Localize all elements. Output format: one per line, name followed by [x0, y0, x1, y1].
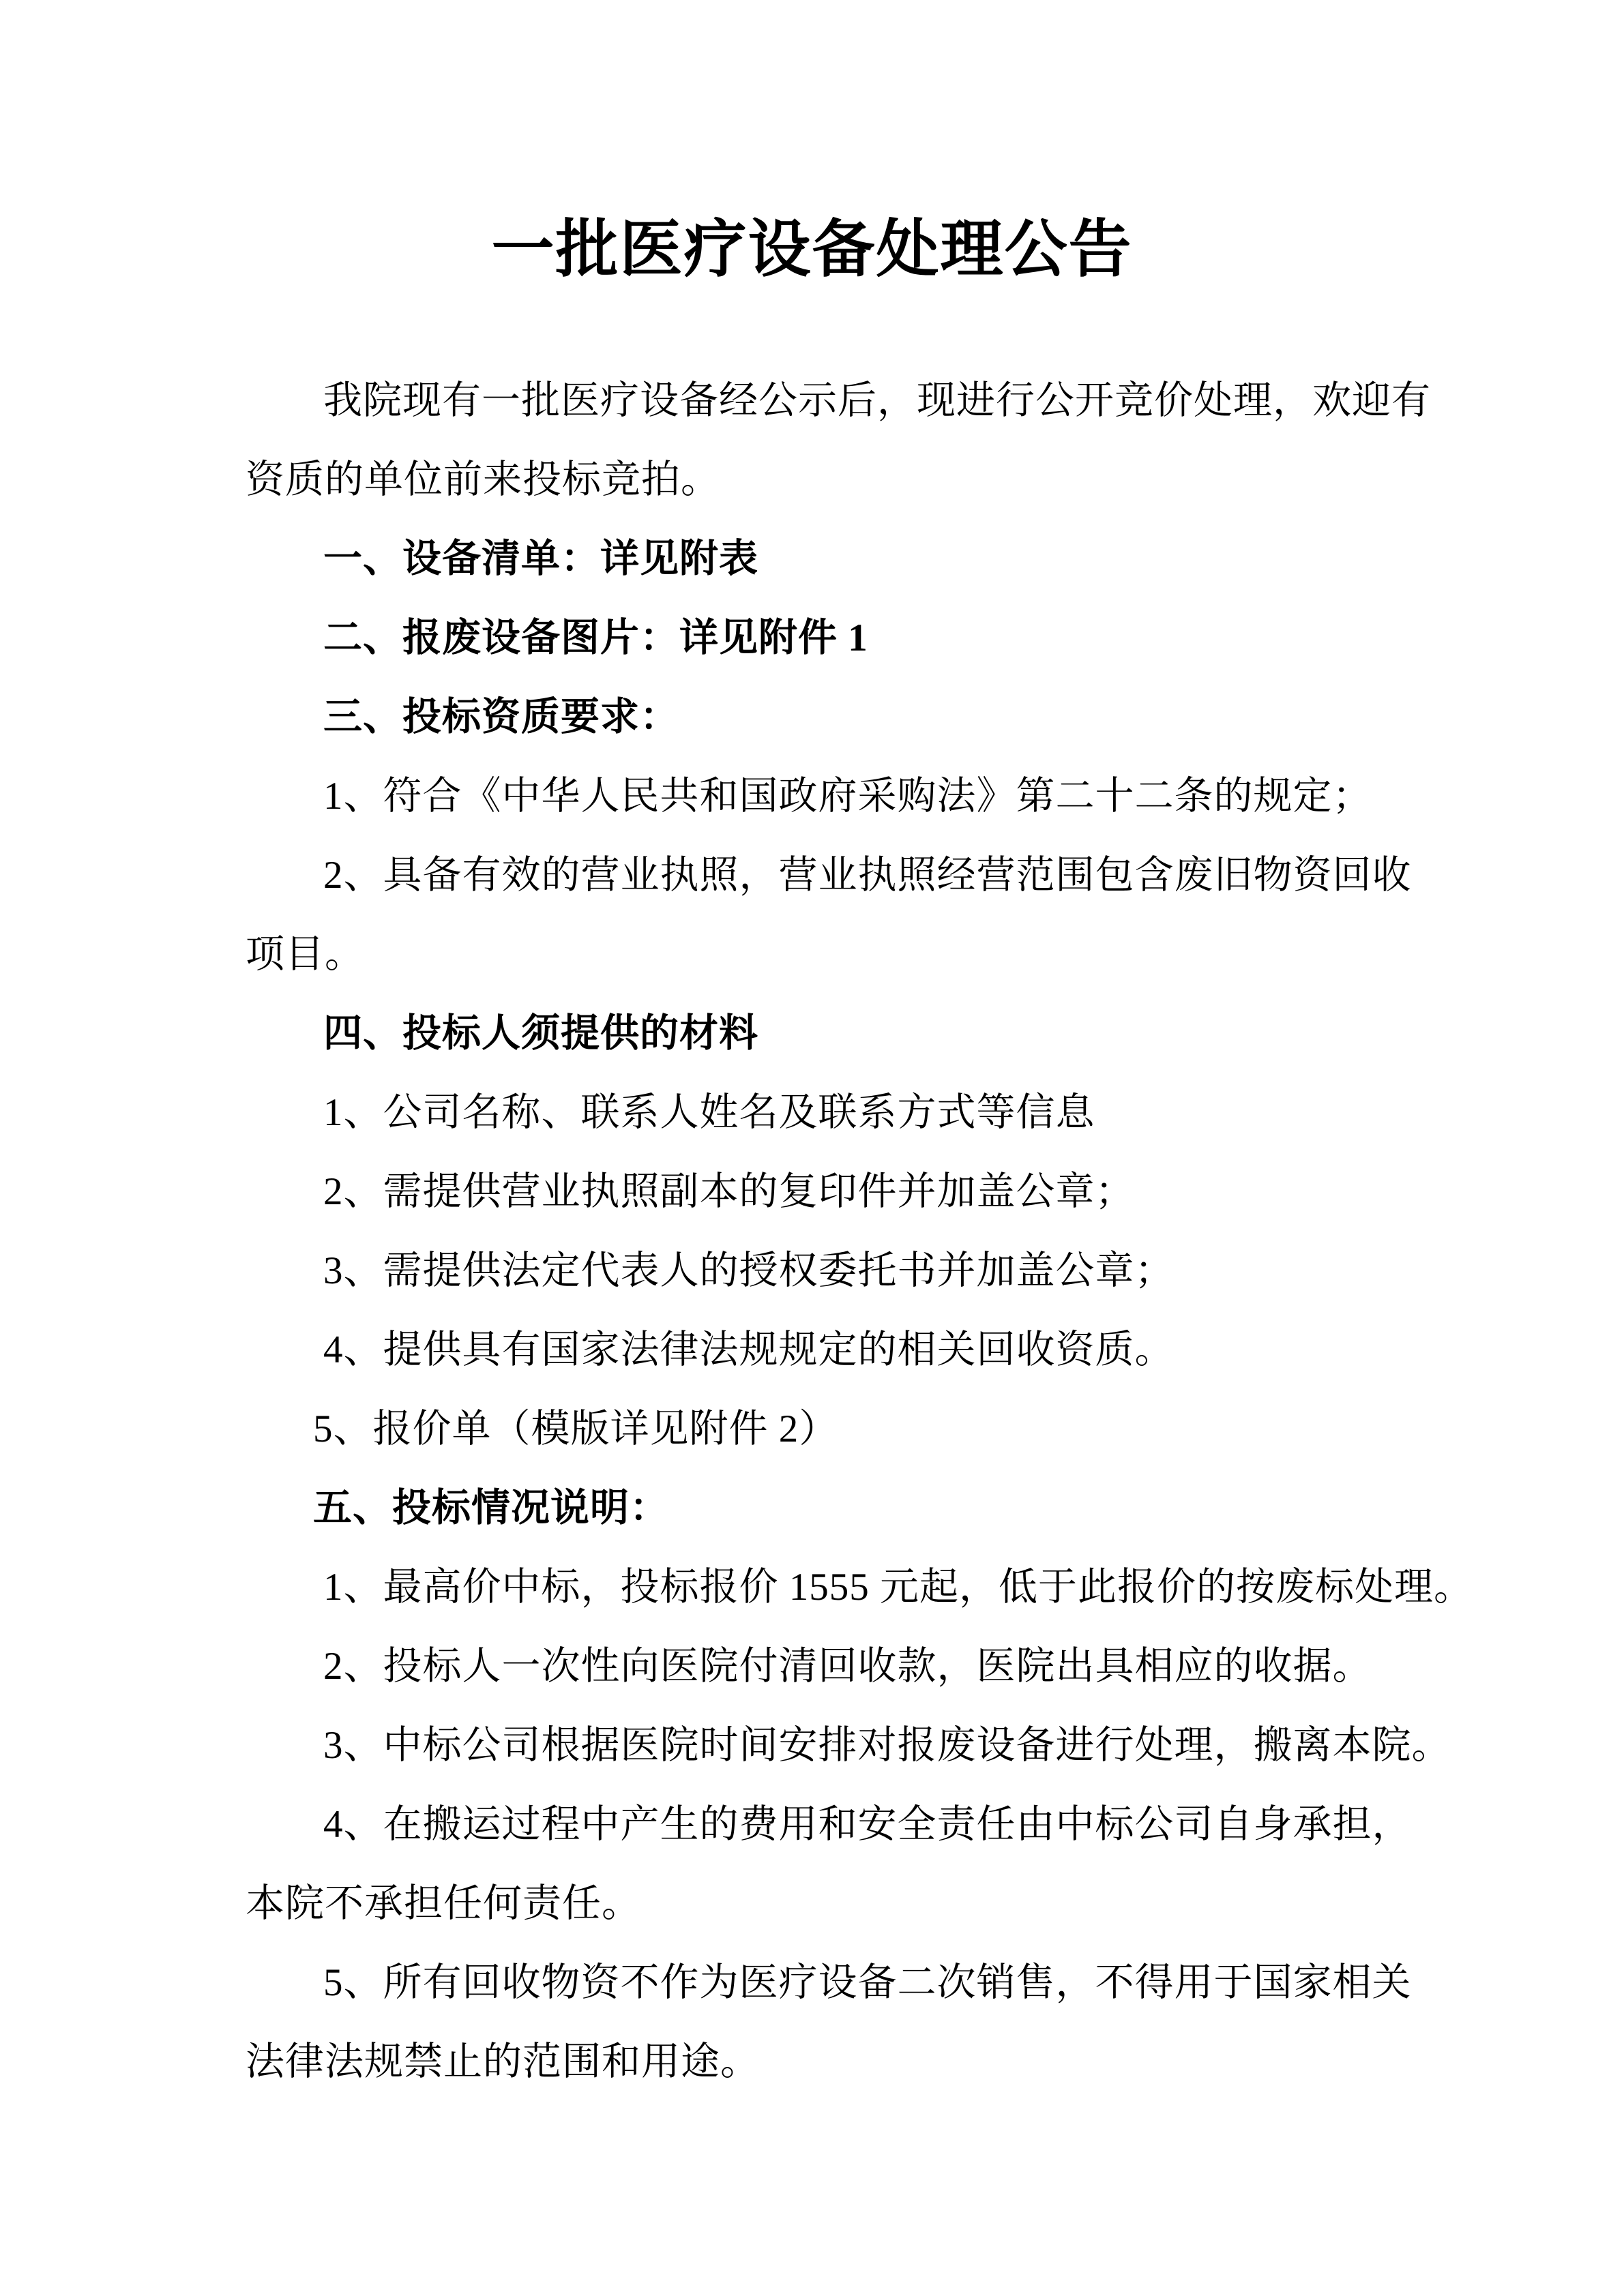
material-item-3: 3、需提供法定代表人的授权委托书并加盖公章； [246, 1232, 1381, 1311]
qualification-item-2-line-1: 2、具备有效的营业执照，营业执照经营范围包含废旧物资回收 [246, 836, 1381, 915]
bid-note-3: 3、中标公司根据医院时间安排对报废设备进行处理，搬离本院。 [246, 1706, 1381, 1785]
paragraph-intro-line-1: 我院现有一批医疗设备经公示后，现进行公开竞价处理，欢迎有 [246, 361, 1381, 441]
material-item-1: 1、公司名称、联系人姓名及联系方式等信息 [246, 1073, 1381, 1152]
paragraph-intro-line-2: 资质的单位前来投标竞拍。 [246, 441, 1381, 520]
document-title: 一批医疗设备处理公告 [0, 202, 1624, 297]
section-1-equipment-list: 一、设备清单：详见附表 [246, 520, 1381, 599]
bid-note-2: 2、投标人一次性向医院付清回收款，医院出具相应的收据。 [246, 1627, 1381, 1706]
material-item-5: 5、报价单（模版详见附件 2） [246, 1390, 1381, 1469]
section-4-required-materials: 四、投标人须提供的材料 [246, 994, 1381, 1073]
qualification-item-1: 1、符合《中华人民共和国政府采购法》第二十二条的规定； [246, 757, 1381, 836]
material-item-2: 2、需提供营业执照副本的复印件并加盖公章； [246, 1152, 1381, 1232]
section-3-bid-qualification: 三、投标资质要求： [246, 678, 1381, 757]
document-page: 一批医疗设备处理公告 我院现有一批医疗设备经公示后，现进行公开竞价处理，欢迎有 … [0, 0, 1624, 2296]
bid-note-4-line-2: 本院不承担任何责任。 [246, 1864, 1381, 1943]
material-item-4: 4、提供具有国家法律法规规定的相关回收资质。 [246, 1311, 1381, 1390]
bid-note-1: 1、最高价中标，投标报价 1555 元起，低于此报价的按废标处理。 [246, 1548, 1381, 1627]
section-5-bid-notes: 五、投标情况说明： [246, 1469, 1381, 1548]
document-body: 我院现有一批医疗设备经公示后，现进行公开竞价处理，欢迎有 资质的单位前来投标竞拍… [246, 361, 1381, 2102]
section-2-scrap-photos: 二、报废设备图片：详见附件 1 [246, 599, 1381, 678]
bid-note-4-line-1: 4、在搬运过程中产生的费用和安全责任由中标公司自身承担， [246, 1785, 1381, 1864]
qualification-item-2-line-2: 项目。 [246, 915, 1381, 994]
bid-note-5-line-2: 法律法规禁止的范围和用途。 [246, 2023, 1381, 2102]
bid-note-5-line-1: 5、所有回收物资不作为医疗设备二次销售，不得用于国家相关 [246, 1943, 1381, 2023]
